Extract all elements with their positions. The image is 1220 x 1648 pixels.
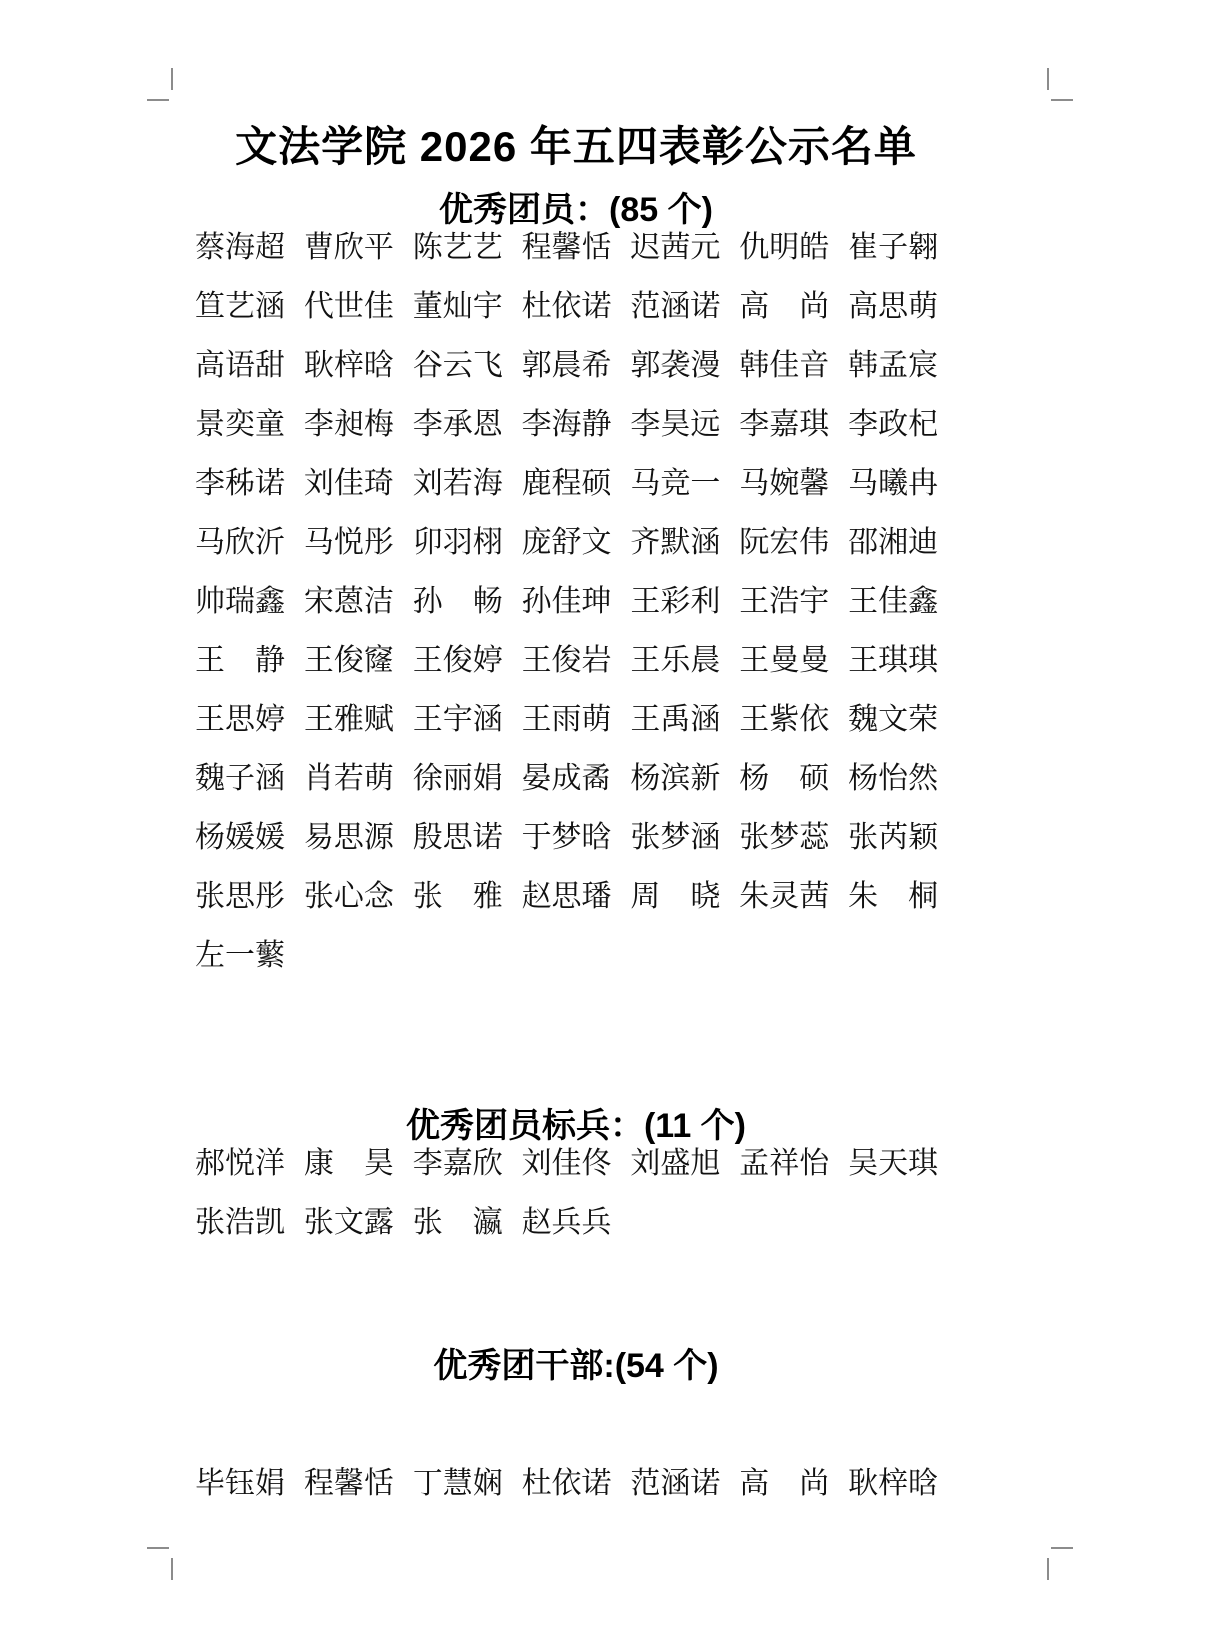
person-name: 程馨恬 (304, 1466, 413, 1502)
person-name: 王禹涵 (630, 702, 739, 738)
section-heading-outstanding-league-members: 优秀团员：(85 个) (195, 190, 957, 230)
person-name: 王彩利 (630, 584, 739, 620)
person-name: 李海静 (522, 407, 631, 443)
person-name: 杨 硕 (739, 761, 848, 797)
person-name: 张芮颖 (848, 820, 957, 856)
section-heading-outstanding-league-cadres: 优秀团干部:(54 个) (195, 1346, 957, 1386)
person-name: 丁慧娴 (413, 1466, 522, 1502)
person-name: 高思萌 (848, 289, 957, 325)
person-name: 张 雅 (413, 879, 522, 915)
person-name: 仇明皓 (739, 230, 848, 266)
person-name: 张心念 (304, 879, 413, 915)
person-name: 王俊岩 (522, 643, 631, 679)
person-name: 马竞一 (630, 466, 739, 502)
person-name: 李嘉欣 (413, 1146, 522, 1182)
person-name: 王 静 (195, 643, 304, 679)
person-name: 肖若萌 (304, 761, 413, 797)
person-name: 谷云飞 (413, 348, 522, 384)
person-name: 赵兵兵 (522, 1205, 631, 1241)
person-name: 孟祥怡 (739, 1146, 848, 1182)
person-name: 康 昊 (304, 1146, 413, 1182)
person-name: 阮宏伟 (739, 525, 848, 561)
person-name: 王琪琪 (848, 643, 957, 679)
person-name: 刘佳佟 (522, 1146, 631, 1182)
person-name: 帅瑞鑫 (195, 584, 304, 620)
person-name: 宋蒽洁 (304, 584, 413, 620)
person-name: 于梦晗 (522, 820, 631, 856)
person-name: 庞舒文 (522, 525, 631, 561)
person-name: 晏成矞 (522, 761, 631, 797)
person-name: 王雅赋 (304, 702, 413, 738)
person-name: 王紫依 (739, 702, 848, 738)
person-name: 高语甜 (195, 348, 304, 384)
document-title: 文法学院 2026 年五四表彰公示名单 (195, 122, 957, 172)
person-name: 王雨萌 (522, 702, 631, 738)
person-name: 耿梓晗 (848, 1466, 957, 1502)
person-name: 王俊婷 (413, 643, 522, 679)
person-name: 马曦冉 (848, 466, 957, 502)
person-name: 郭晨希 (522, 348, 631, 384)
person-name: 齐默涵 (630, 525, 739, 561)
person-name: 邵湘迪 (848, 525, 957, 561)
person-name: 杨滨新 (630, 761, 739, 797)
name-list-outstanding-league-members: 蔡海超曹欣平陈艺艺程馨恬迟茜元仇明皓崔子翱笪艺涵代世佳董灿宇杜依诺范涵诺高 尚高… (195, 230, 957, 997)
person-name: 李昶梅 (304, 407, 413, 443)
person-name: 韩佳音 (739, 348, 848, 384)
person-name: 董灿宇 (413, 289, 522, 325)
person-name: 笪艺涵 (195, 289, 304, 325)
name-list-model-league-members: 郝悦洋康 昊李嘉欣刘佳佟刘盛旭孟祥怡吴天琪张浩凯张文露张 瀛赵兵兵 (195, 1146, 957, 1264)
person-name: 李昊远 (630, 407, 739, 443)
person-name: 范涵诺 (630, 1466, 739, 1502)
person-name: 鹿程硕 (522, 466, 631, 502)
person-name: 孙佳珅 (522, 584, 631, 620)
person-name: 崔子翱 (848, 230, 957, 266)
person-name: 左一蘩 (195, 938, 304, 974)
person-name: 孙 畅 (413, 584, 522, 620)
person-name: 杨媛媛 (195, 820, 304, 856)
person-name: 毕钰娟 (195, 1466, 304, 1502)
person-name: 张梦蕊 (739, 820, 848, 856)
person-name: 陈艺艺 (413, 230, 522, 266)
crop-mark-bottom-left-vertical (171, 1558, 173, 1580)
person-name: 徐丽娟 (413, 761, 522, 797)
person-name: 李政杞 (848, 407, 957, 443)
person-name: 王乐晨 (630, 643, 739, 679)
person-name: 杜依诺 (522, 1466, 631, 1502)
person-name: 张思彤 (195, 879, 304, 915)
crop-mark-top-right-vertical (1047, 68, 1049, 90)
person-name: 杜依诺 (522, 289, 631, 325)
person-name: 高 尚 (739, 1466, 848, 1502)
person-name: 范涵诺 (630, 289, 739, 325)
crop-mark-bottom-left-horizontal (147, 1547, 169, 1549)
person-name: 刘佳琦 (304, 466, 413, 502)
section-heading-model-league-members: 优秀团员标兵：(11 个) (195, 1106, 957, 1146)
person-name: 吴天琪 (848, 1146, 957, 1182)
person-name: 李嘉琪 (739, 407, 848, 443)
person-name: 马欣沂 (195, 525, 304, 561)
person-name: 王曼曼 (739, 643, 848, 679)
person-name: 郭袭漫 (630, 348, 739, 384)
person-name: 卯羽栩 (413, 525, 522, 561)
crop-mark-top-left-vertical (171, 68, 173, 90)
person-name: 王佳鑫 (848, 584, 957, 620)
person-name: 杨怡然 (848, 761, 957, 797)
person-name: 王思婷 (195, 702, 304, 738)
person-name: 张文露 (304, 1205, 413, 1241)
person-name: 马婉馨 (739, 466, 848, 502)
person-name: 刘盛旭 (630, 1146, 739, 1182)
person-name: 曹欣平 (304, 230, 413, 266)
crop-mark-bottom-right-vertical (1047, 1558, 1049, 1580)
person-name: 代世佳 (304, 289, 413, 325)
person-name: 李秭诺 (195, 466, 304, 502)
person-name: 张梦涵 (630, 820, 739, 856)
person-name: 李承恩 (413, 407, 522, 443)
person-name: 魏子涵 (195, 761, 304, 797)
person-name: 魏文荣 (848, 702, 957, 738)
crop-mark-top-right-horizontal (1051, 99, 1073, 101)
person-name: 张浩凯 (195, 1205, 304, 1241)
person-name: 易思源 (304, 820, 413, 856)
person-name: 高 尚 (739, 289, 848, 325)
person-name: 王俊窿 (304, 643, 413, 679)
person-name: 朱 桐 (848, 879, 957, 915)
person-name: 蔡海超 (195, 230, 304, 266)
person-name: 周 晓 (630, 879, 739, 915)
person-name: 马悦彤 (304, 525, 413, 561)
person-name: 景奕童 (195, 407, 304, 443)
person-name: 朱灵茜 (739, 879, 848, 915)
person-name: 耿梓晗 (304, 348, 413, 384)
crop-mark-bottom-right-horizontal (1051, 1547, 1073, 1549)
person-name: 迟茜元 (630, 230, 739, 266)
person-name: 韩孟宸 (848, 348, 957, 384)
person-name: 郝悦洋 (195, 1146, 304, 1182)
name-list-outstanding-league-cadres: 毕钰娟程馨恬丁慧娴杜依诺范涵诺高 尚耿梓晗 (195, 1466, 957, 1525)
person-name: 赵思璠 (522, 879, 631, 915)
person-name: 王浩宇 (739, 584, 848, 620)
crop-mark-top-left-horizontal (147, 99, 169, 101)
person-name: 程馨恬 (522, 230, 631, 266)
person-name: 王宇涵 (413, 702, 522, 738)
person-name: 殷思诺 (413, 820, 522, 856)
person-name: 刘若海 (413, 466, 522, 502)
person-name: 张 瀛 (413, 1205, 522, 1241)
